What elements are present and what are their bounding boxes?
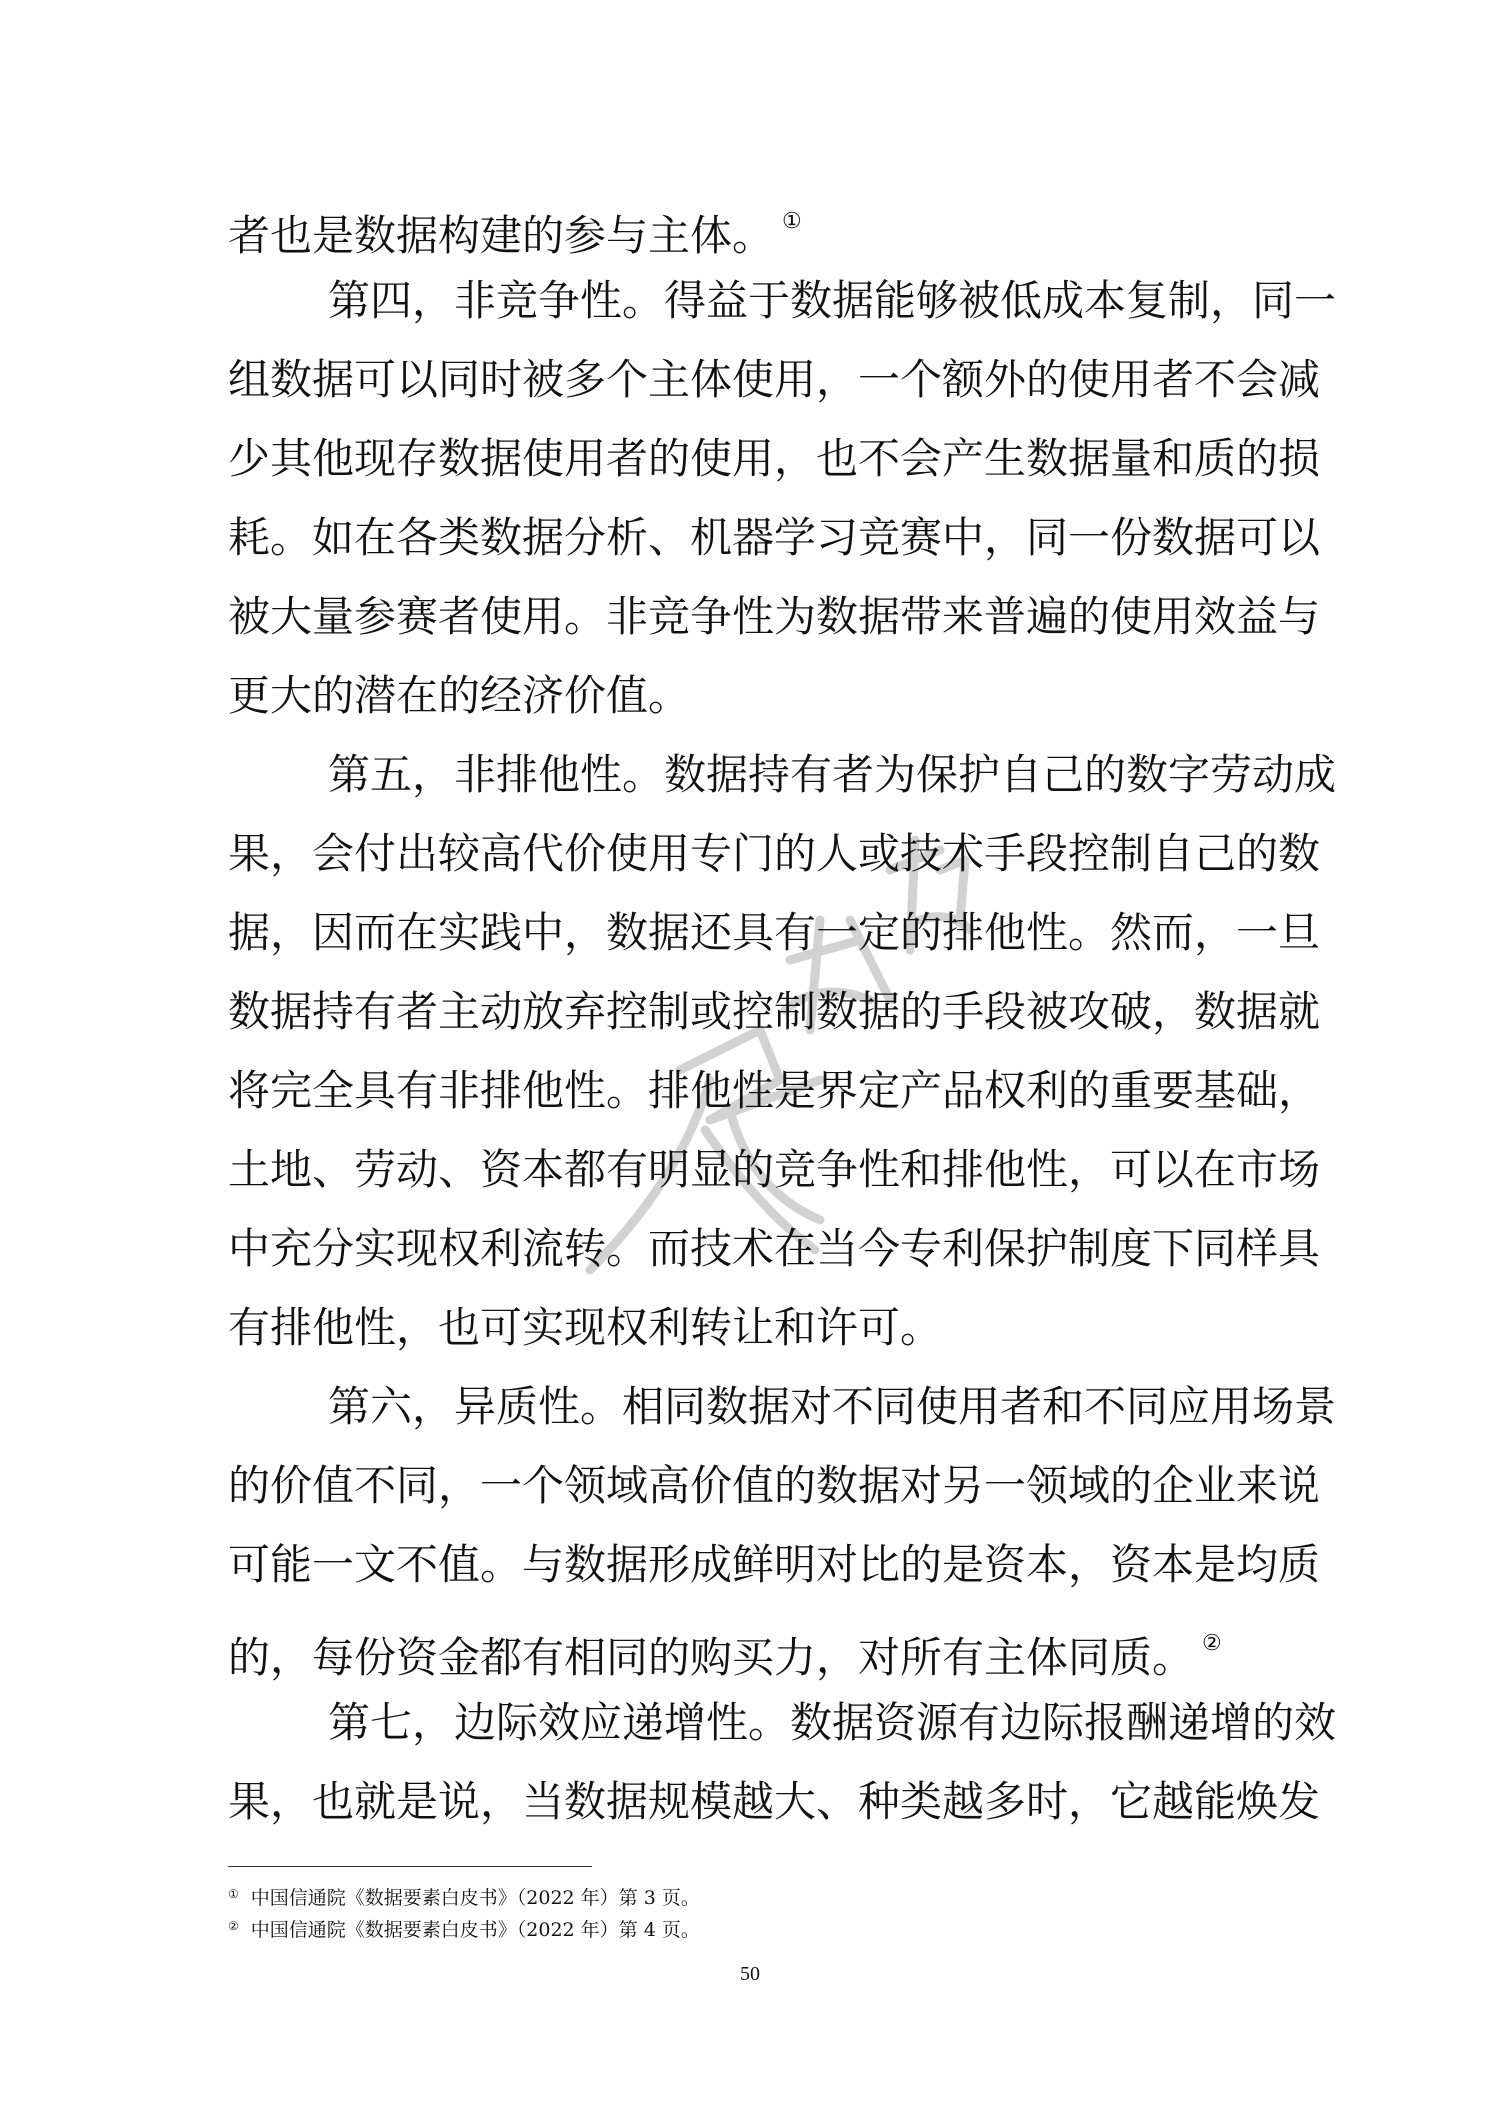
- footnote-text: 中国信通院《数据要素白皮书》（2022 年）第 4 页。: [251, 1919, 700, 1941]
- footnote-text: 中国信通院《数据要素白皮书》（2022 年）第 3 页。: [251, 1887, 700, 1909]
- paragraph-fifth-line: 第五，非排他性。数据持有者为保护自己的数字劳动成: [228, 735, 1280, 814]
- footnote-2: ②中国信通院《数据要素白皮书》（2022 年）第 4 页。: [228, 1912, 700, 1944]
- paragraph-fifth-line: 数据持有者主动放弃控制或控制数据的手段被攻破，数据就: [228, 972, 1280, 1051]
- paragraph-sixth-line: 的，每份资金都有相同的购买力，对所有主体同质。②: [228, 1604, 1280, 1683]
- footnotes: ①中国信通院《数据要素白皮书》（2022 年）第 3 页。 ②中国信通院《数据要…: [228, 1880, 700, 1944]
- paragraph-fifth-line: 据，因而在实践中，数据还具有一定的排他性。然而，一旦: [228, 893, 1280, 972]
- footnote-1: ①中国信通院《数据要素白皮书》（2022 年）第 3 页。: [228, 1880, 700, 1912]
- paragraph-seventh-line: 第七，边际效应递增性。数据资源有边际报酬递增的效: [228, 1683, 1280, 1762]
- text-line: 者也是数据构建的参与主体。①: [228, 182, 1280, 261]
- footnote-divider: [228, 1866, 592, 1867]
- paragraph-sixth-line: 第六，异质性。相同数据对不同使用者和不同应用场景: [228, 1367, 1280, 1446]
- footnote-ref[interactable]: ②: [1202, 1631, 1222, 1656]
- footnote-mark: ②: [228, 1919, 239, 1933]
- paragraph-fourth-line: 组数据可以同时被多个主体使用，一个额外的使用者不会减: [228, 340, 1280, 419]
- body-text: 者也是数据构建的参与主体。① 第四，非竞争性。得益于数据能够被低成本复制，同一 …: [228, 182, 1280, 1841]
- paragraph-fifth-line: 有排他性，也可实现权利转让和许可。: [228, 1288, 1280, 1367]
- footnote-ref[interactable]: ①: [782, 209, 802, 234]
- paragraph-fifth-line: 中充分实现权利流转。而技术在当今专利保护制度下同样具: [228, 1209, 1280, 1288]
- paragraph-sixth-line: 的价值不同，一个领域高价值的数据对另一领域的企业来说: [228, 1446, 1280, 1525]
- page-number: 50: [0, 1963, 1500, 1986]
- paragraph-fifth-line: 将完全具有非排他性。排他性是界定产品权利的重要基础，: [228, 1051, 1280, 1130]
- paragraph-fifth-line: 果，会付出较高代价使用专门的人或技术手段控制自己的数: [228, 814, 1280, 893]
- paragraph-fifth-line: 土地、劳动、资本都有明显的竞争性和排他性，可以在市场: [228, 1130, 1280, 1209]
- paragraph-fourth-line: 少其他现存数据使用者的使用，也不会产生数据量和质的损: [228, 419, 1280, 498]
- paragraph-fourth-line: 耗。如在各类数据分析、机器学习竞赛中，同一份数据可以: [228, 498, 1280, 577]
- paragraph-fourth-line: 被大量参赛者使用。非竞争性为数据带来普遍的使用效益与: [228, 577, 1280, 656]
- paragraph-seventh-line: 果，也就是说，当数据规模越大、种类越多时，它越能焕发: [228, 1762, 1280, 1841]
- document-page: 者也是数据构建的参与主体。① 第四，非竞争性。得益于数据能够被低成本复制，同一 …: [0, 0, 1500, 2121]
- paragraph-fourth-line: 更大的潜在的经济价值。: [228, 656, 1280, 735]
- paragraph-sixth-line: 可能一文不值。与数据形成鲜明对比的是资本，资本是均质: [228, 1525, 1280, 1604]
- footnote-mark: ①: [228, 1887, 239, 1901]
- paragraph-fourth-line: 第四，非竞争性。得益于数据能够被低成本复制，同一: [228, 261, 1280, 340]
